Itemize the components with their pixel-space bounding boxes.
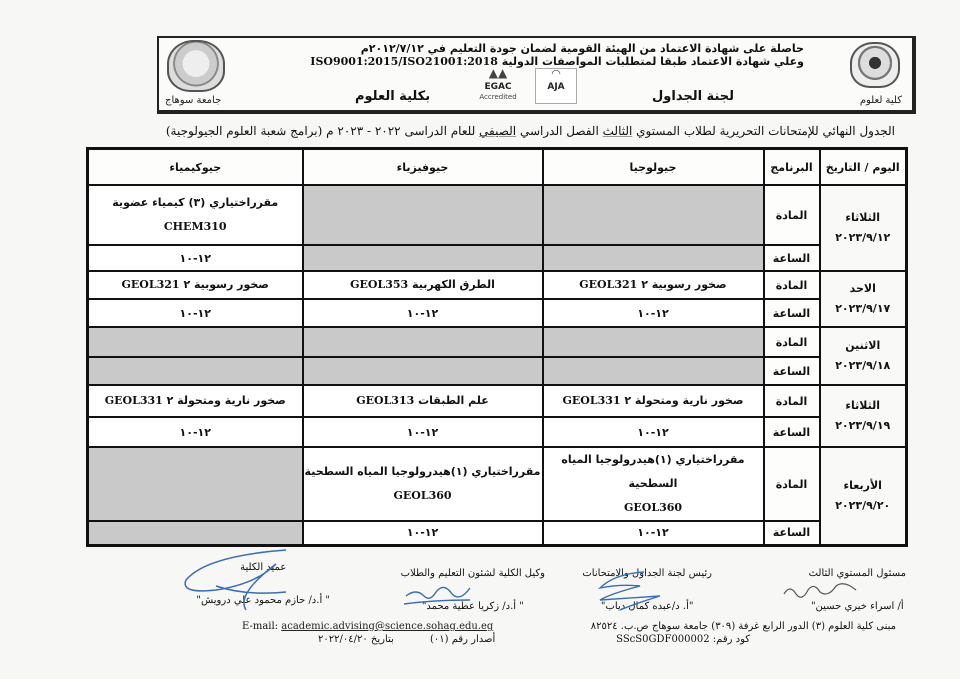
exam-time: ١٢-١٠ — [543, 417, 764, 447]
exam-time: ١٢-١٠ — [88, 299, 303, 327]
course-code: CHEM310 — [89, 215, 302, 239]
empty-slot — [303, 245, 543, 271]
footer-issue-number: أصدار رقم (٠١) — [430, 634, 495, 645]
table-row: الثلاثاء ٢٠٢٣/٩/١٢ المادة مقرراختياري (٣… — [88, 185, 907, 245]
signature-name: أ/ اسراء خيري حسين" — [809, 601, 906, 612]
course-code: GEOL360 — [304, 484, 542, 508]
course-name: مقرراختياري (١)هيدرولوجيا المياه السطحية — [544, 448, 763, 496]
document-header: جامعة سوهاج حاصلة على شهادة الاعتماد من … — [157, 36, 916, 114]
table-row: الساعة ١٢-١٠ — [88, 245, 907, 271]
subject-label: المادة — [764, 447, 820, 521]
table-row: الساعة — [88, 357, 907, 385]
signature-vice-dean: وكيل الكلية لشئون التعليم والطلاب " أ.د/… — [401, 568, 545, 612]
course-code: GEOL321 — [122, 278, 180, 291]
university-caption: جامعة سوهاج — [165, 95, 221, 106]
empty-slot — [543, 185, 764, 245]
title-part-1: الجدول النهائي للإمتحانات التحريرية لطلا… — [632, 124, 895, 138]
footer-issue-date: بتاريخ ٢٠٢٢/٠٤/٢٠ — [318, 634, 394, 645]
exam-date: ٢٠٢٣/٩/١٩ — [821, 416, 906, 436]
course-cell: مقرراختياري (١)هيدرولوجيا المياه السطحية… — [543, 447, 764, 521]
exam-date: ٢٠٢٣/٩/١٢ — [821, 228, 906, 248]
day-date-cell: الثلاثاء ٢٠٢٣/٩/١٩ — [820, 385, 907, 447]
exam-time: ١٢-١٠ — [88, 245, 303, 271]
committee-title: لجنة الجداول — [652, 89, 734, 104]
signature-dean: عميد الكلية " أ.د/ حازم محمود علي درويش" — [196, 562, 330, 606]
day-name: الثلاثاء — [821, 208, 906, 228]
title-level: الثالث — [603, 124, 633, 138]
faculty-caption: كلية لعلوم — [860, 95, 902, 106]
signature-level-supervisor: مسئول المستوي الثالث أ/ اسراء خيري حسين" — [809, 568, 906, 612]
iso-standards: ISO9001:2015/ISO21001:2018 — [310, 55, 498, 68]
time-label: الساعة — [764, 521, 820, 545]
egac-sub-label: Accredited — [479, 93, 516, 101]
signature-role: مسئول المستوي الثالث — [809, 568, 906, 579]
signature-name: " أ.د/ زكريا عطية محمد" — [401, 601, 545, 612]
header-geochemistry: جيوكيمياء — [88, 149, 303, 186]
signature-role: رئيس لجنة الجداول والامتحانات — [582, 568, 712, 579]
day-name: الاثنين — [821, 336, 906, 356]
header-geophysics: جيوفيزياء — [303, 149, 543, 186]
course-code: GEOL360 — [544, 496, 763, 520]
exam-time: ١٢-١٠ — [303, 299, 543, 327]
course-name: مقرراختياري (١)هيدرولوجيا المياه السطحية — [304, 460, 542, 484]
course-name: علم الطبقات — [418, 394, 489, 407]
accreditation-line-1: حاصلة على شهادة الاعتماد من الهيئة القوم… — [361, 42, 804, 55]
time-label: الساعة — [764, 417, 820, 447]
empty-slot — [88, 447, 303, 521]
email-link[interactable]: academic.advising@science.sohag.edu.eg — [281, 621, 493, 632]
day-name: الثلاثاء — [821, 396, 906, 416]
day-date-cell: الاثنين ٢٠٢٣/٩/١٨ — [820, 327, 907, 385]
subject-label: المادة — [764, 385, 820, 417]
day-date-cell: الأربعاء ٢٠٢٣/٩/٢٠ — [820, 447, 907, 545]
aja-certification-badge: ◠ AJA — [535, 68, 577, 104]
title-part-2: الفصل الدراسي — [516, 124, 602, 138]
signature-committee-head: رئيس لجنة الجداول والامتحانات "أ. د/عبده… — [582, 568, 712, 612]
page-title: الجدول النهائي للإمتحانات التحريرية لطلا… — [65, 124, 895, 138]
egac-accreditation-badge: ▲▲ EGAC Accredited — [477, 68, 519, 104]
exam-time: ١٢-١٠ — [543, 521, 764, 545]
header-day-date: اليوم / التاريخ — [820, 149, 907, 186]
exam-time: ١٢-١٠ — [303, 417, 543, 447]
exam-date: ٢٠٢٣/٩/١٧ — [821, 299, 906, 319]
day-name: الاحد — [821, 279, 906, 299]
email-label: E-mail: — [242, 621, 281, 632]
footer-email: E-mail: academic.advising@science.sohag.… — [242, 621, 493, 632]
footer-document-code: كود رقم: SScS0GDF000002 — [616, 634, 750, 645]
empty-slot — [303, 185, 543, 245]
course-cell: علم الطبقات GEOL313 — [303, 385, 543, 417]
course-cell: مقرراختياري (٣) كيمياء عضوية CHEM310 — [88, 185, 303, 245]
exam-date: ٢٠٢٣/٩/٢٠ — [821, 496, 906, 516]
signature-role: عميد الكلية — [196, 562, 330, 573]
time-label: الساعة — [764, 357, 820, 385]
globe-icon: ◠ — [551, 67, 561, 80]
course-cell: صخور نارية ومتحولة ٢ GEOL331 — [88, 385, 303, 417]
table-header-row: اليوم / التاريخ البرنامج جيولوجيا جيوفيز… — [88, 149, 907, 186]
empty-slot — [88, 521, 303, 545]
empty-slot — [88, 327, 303, 357]
accreditation-line-2-text: وعلي شهادة الاعتماد طبقا لمتطلبات المواص… — [502, 55, 804, 68]
course-name: صخور رسوبية ٢ — [183, 278, 269, 291]
subject-label: المادة — [764, 271, 820, 299]
table-row: الاحد ٢٠٢٣/٩/١٧ المادة صخور رسوبية ٢ GEO… — [88, 271, 907, 299]
day-date-cell: الثلاثاء ٢٠٢٣/٩/١٢ — [820, 185, 907, 271]
table-row: الساعة ١٢-١٠ ١٢-١٠ — [88, 521, 907, 545]
empty-slot — [303, 327, 543, 357]
table-row: الساعة ١٢-١٠ ١٢-١٠ ١٢-١٠ — [88, 299, 907, 327]
title-part-3: للعام الدراسى ٢٠٢٢ - ٢٠٢٣ م (برامج شعبة … — [166, 124, 479, 138]
footer-address: مبنى كلية العلوم (٣) الدور الرابع غرفة (… — [591, 621, 896, 632]
signature-role: وكيل الكلية لشئون التعليم والطلاب — [401, 568, 545, 579]
course-name: الطرق الكهربية — [412, 278, 495, 291]
course-code: GEOL313 — [356, 394, 414, 407]
course-name: صخور رسوبية ٢ — [641, 278, 727, 291]
course-code: GEOL321 — [579, 278, 637, 291]
header-program: البرنامج — [764, 149, 820, 186]
signature-name: " أ.د/ حازم محمود علي درويش" — [196, 595, 330, 606]
faculty-title: بكلية العلوم — [355, 89, 430, 104]
mountain-icon: ▲▲ — [489, 66, 507, 80]
time-label: الساعة — [764, 245, 820, 271]
course-name: صخور نارية ومتحولة ٢ — [624, 394, 743, 407]
aja-label: AJA — [536, 82, 576, 92]
empty-slot — [543, 327, 764, 357]
empty-slot — [303, 357, 543, 385]
title-semester: الصيفي — [479, 124, 516, 138]
table-row: الثلاثاء ٢٠٢٣/٩/١٩ المادة صخور نارية ومت… — [88, 385, 907, 417]
table-row: الأربعاء ٢٠٢٣/٩/٢٠ المادة مقرراختياري (١… — [88, 447, 907, 521]
exam-date: ٢٠٢٣/٩/١٨ — [821, 356, 906, 376]
signature-name: "أ. د/عبده كمال دياب" — [582, 601, 712, 612]
course-cell: صخور نارية ومتحولة ٢ GEOL331 — [543, 385, 764, 417]
sohag-university-logo — [850, 42, 900, 88]
exam-schedule-table: اليوم / التاريخ البرنامج جيولوجيا جيوفيز… — [86, 147, 908, 547]
empty-slot — [543, 245, 764, 271]
course-cell: الطرق الكهربية GEOL353 — [303, 271, 543, 299]
course-cell: صخور رسوبية ٢ GEOL321 — [88, 271, 303, 299]
header-geology: جيولوجيا — [543, 149, 764, 186]
empty-slot — [88, 357, 303, 385]
faculty-of-science-logo — [167, 40, 225, 92]
exam-time: ١٢-١٠ — [88, 417, 303, 447]
subject-label: المادة — [764, 185, 820, 245]
table-row: الساعة ١٢-١٠ ١٢-١٠ ١٢-١٠ — [88, 417, 907, 447]
day-date-cell: الاحد ٢٠٢٣/٩/١٧ — [820, 271, 907, 327]
egac-label: EGAC — [477, 82, 519, 92]
day-name: الأربعاء — [821, 476, 906, 496]
course-cell: مقرراختياري (١)هيدرولوجيا المياه السطحية… — [303, 447, 543, 521]
course-cell: صخور رسوبية ٢ GEOL321 — [543, 271, 764, 299]
exam-time: ١٢-١٠ — [303, 521, 543, 545]
course-name: صخور نارية ومتحولة ٢ — [167, 394, 286, 407]
course-name: مقرراختياري (٣) كيمياء عضوية — [89, 191, 302, 215]
empty-slot — [543, 357, 764, 385]
course-code: GEOL331 — [105, 394, 163, 407]
table-row: الاثنين ٢٠٢٣/٩/١٨ المادة — [88, 327, 907, 357]
time-label: الساعة — [764, 299, 820, 327]
course-code: GEOL353 — [350, 278, 408, 291]
exam-time: ١٢-١٠ — [543, 299, 764, 327]
course-code: GEOL331 — [562, 394, 620, 407]
subject-label: المادة — [764, 327, 820, 357]
